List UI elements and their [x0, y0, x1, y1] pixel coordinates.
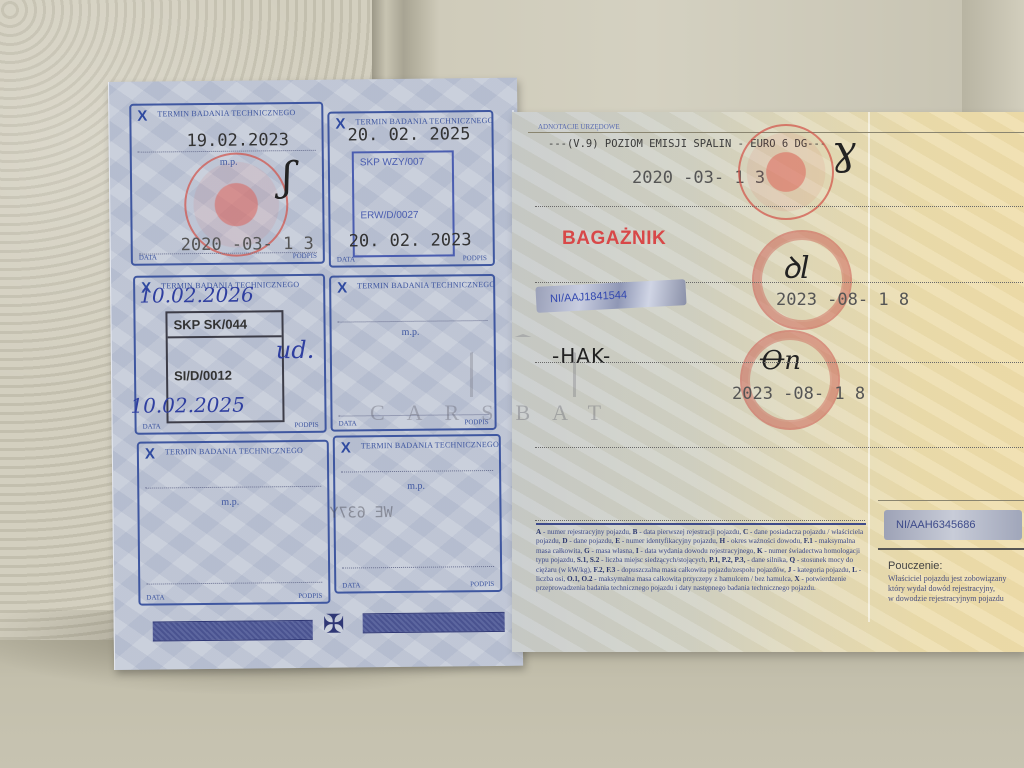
box-header: TERMIN BADANIA TECHNICZNEGO [361, 440, 499, 450]
signature: ʃ [282, 154, 293, 200]
field-legend: A - numer rejestracyjny pojazdu, B - dat… [536, 528, 866, 594]
mp-label: m.p. [220, 157, 238, 168]
mp-label: m.p. [402, 327, 420, 338]
leather-seat-edge [962, 0, 1024, 112]
data-label: DATA [146, 593, 164, 601]
pouczenie-text: Właściciel pojazdu jest zobowiązanyktóry… [888, 574, 1024, 604]
legend-text: - dopuszczalna masa całkowita pojazdu/ze… [615, 566, 787, 574]
security-band-right [363, 612, 505, 633]
polish-eagle-icon: ✠ [319, 608, 349, 640]
data-label: DATA [143, 422, 161, 430]
pouczenie-line: który wydał dowód rejestracyjny, [888, 584, 1024, 594]
legend-text: - dane pojazdu, [568, 537, 616, 545]
mirrored-imprint: WE 637Y [329, 503, 392, 522]
signature: Ꝋn [760, 346, 801, 376]
mp-label: m.p. [407, 481, 425, 492]
box-header: TERMIN BADANIA TECHNICZNEGO [157, 108, 295, 118]
legend-key: O.1, O.2 [567, 575, 593, 583]
inspection-box-1: X TERMIN BADANIA TECHNICZNEGO 19.02.2023… [129, 102, 325, 266]
stamp-date: 20. 02. 2023 [349, 230, 472, 251]
legend-text: - numer rejestracyjny pojazdu, [541, 528, 632, 536]
legend-text: - data wydania dowodu rejestracyjnego, [639, 547, 757, 555]
signature: ud. [276, 336, 315, 364]
data-label: DATA [139, 253, 157, 261]
legend-key: P.1, P.2, P.3, [709, 556, 745, 564]
annotation-date-2: 2023 -08- 1 8 [776, 290, 909, 310]
box-header: TERMIN BADANIA TECHNICZNEGO [165, 446, 303, 456]
legend-text: - liczba miejsc siedzących/stojących, [599, 556, 709, 564]
red-stamp-ring [740, 330, 840, 430]
podpis-label: PODPIS [470, 580, 494, 588]
next-inspection-date: 20. 02. 2025 [347, 124, 470, 145]
legend-text: - numer identyfikacyjny pojazdu, [620, 537, 719, 545]
next-inspection-date: 19.02.2023 [187, 130, 290, 151]
legend-key: S.1, S.2 [577, 556, 599, 564]
document-number-box: NI/AAH6345686 [884, 510, 1022, 540]
legend-text: - data pierwszej rejestracji pojazdu, [637, 528, 743, 536]
legend-text: - dane silnika, [745, 556, 789, 564]
legend-key: F.1 [804, 537, 813, 545]
podpis-label: PODPIS [294, 421, 318, 429]
box-header: TERMIN BADANIA TECHNICZNEGO [357, 280, 495, 290]
podpis-label: PODPIS [463, 254, 487, 262]
x-mark: X [341, 439, 351, 456]
data-label: DATA [342, 581, 360, 589]
x-mark: X [337, 280, 347, 297]
inspection-box-5: X TERMIN BADANIA TECHNICZNEGO m.p. DATA … [137, 440, 331, 606]
data-label: DATA [339, 419, 357, 427]
x-mark: X [145, 446, 155, 463]
roof-rack-annotation: BAGAŻNIK [562, 228, 666, 250]
handwritten-inspection-date: 10.02.2025 [130, 393, 245, 418]
registration-left-page: X TERMIN BADANIA TECHNICZNEGO 19.02.2023… [108, 78, 523, 670]
pouczenie-line: Właściciel pojazdu jest zobowiązany [888, 574, 1024, 584]
mp-label: m.p. [221, 497, 239, 508]
legend-text: - maksymalna masa całkowita przyczepy z … [593, 575, 795, 583]
handwritten-next-date: 10.02.2026 [139, 282, 254, 307]
watermark-text: CARSBAT [370, 400, 623, 426]
leather-seat-back [440, 0, 965, 112]
data-label: DATA [337, 255, 355, 263]
security-band-left [153, 620, 313, 642]
pouczenie-line: w dowodzie rejestracyjnym pojazdu [888, 594, 1024, 604]
inspection-box-2: X TERMIN BADANIA TECHNICZNEGO 20. 02. 20… [327, 110, 495, 268]
annotation-date-3: 2023 -08- 1 8 [732, 384, 865, 404]
section-title: ADNOTACJE URZĘDOWE [538, 123, 620, 131]
x-mark: X [137, 108, 147, 125]
pouczenie-title: Pouczenie: [888, 560, 942, 572]
inspection-box-3: X TERMIN BADANIA TECHNICZNEGO 10.02.2026… [133, 274, 327, 435]
podpis-label: PODPIS [298, 592, 322, 600]
signature: ɣ [832, 128, 856, 174]
signature: ꝺl [782, 246, 810, 287]
podpis-label: PODPIS [293, 252, 317, 260]
legend-text: - masa własna, [590, 547, 636, 555]
legend-key: F.2, F.3 [593, 566, 615, 574]
inspection-box-6: X TERMIN BADANIA TECHNICZNEGO m.p. WE 63… [333, 434, 503, 594]
right-fold [868, 112, 870, 622]
x-mark: X [335, 116, 345, 133]
legend-text: - kategoria pojazdu, [791, 566, 852, 574]
legend-text: - okres ważności dowodu, [725, 537, 804, 545]
